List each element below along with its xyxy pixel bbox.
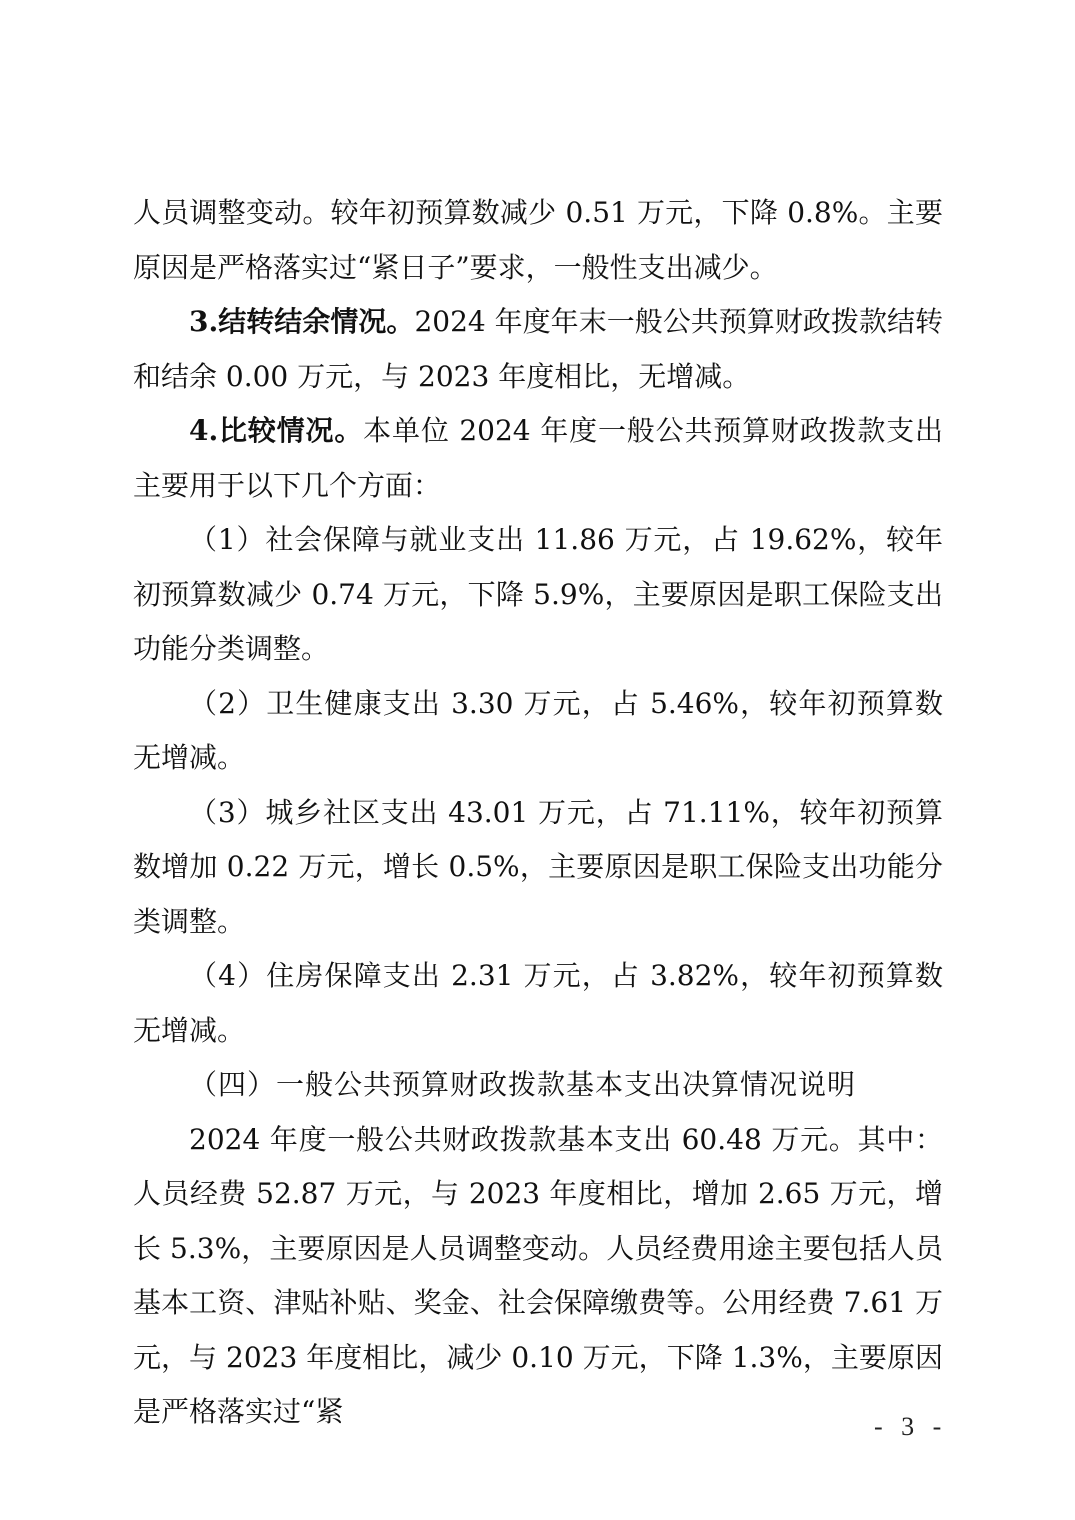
list-item-health: （2）卫生健康支出 3.30 万元，占 5.46%，较年初预算数无增减。 bbox=[133, 677, 943, 786]
list-item-urban-rural: （3）城乡社区支出 43.01 万元，占 71.11%，较年初预算数增加 0.2… bbox=[133, 786, 943, 950]
list-item-social-security: （1）社会保障与就业支出 11.86 万元，占 19.62%，较年初预算数减少 … bbox=[133, 513, 943, 677]
paragraph-comparison: 4.比较情况。本单位 2024 年度一般公共预算财政拨款支出主要用于以下几个方面… bbox=[133, 404, 943, 513]
page-number: - 3 - bbox=[874, 1412, 947, 1442]
list-item-housing: （4）住房保障支出 2.31 万元，占 3.82%，较年初预算数无增减。 bbox=[133, 949, 943, 1058]
paragraph-basic-expenditure: 2024 年度一般公共财政拨款基本支出 60.48 万元。其中：人员经费 52.… bbox=[133, 1113, 943, 1440]
heading-carryover-balance: 3.结转结余情况。 bbox=[189, 305, 414, 338]
section-heading-basic-expenditure: （四）一般公共预算财政拨款基本支出决算情况说明 bbox=[133, 1058, 943, 1113]
document-body: 人员调整变动。较年初预算数减少 0.51 万元，下降 0.8%。主要原因是严格落… bbox=[133, 186, 943, 1440]
heading-comparison: 4.比较情况。 bbox=[189, 414, 363, 447]
paragraph-continuation: 人员调整变动。较年初预算数减少 0.51 万元，下降 0.8%。主要原因是严格落… bbox=[133, 186, 943, 295]
paragraph-carryover-balance: 3.结转结余情况。2024 年度年末一般公共预算财政拨款结转和结余 0.00 万… bbox=[133, 295, 943, 404]
